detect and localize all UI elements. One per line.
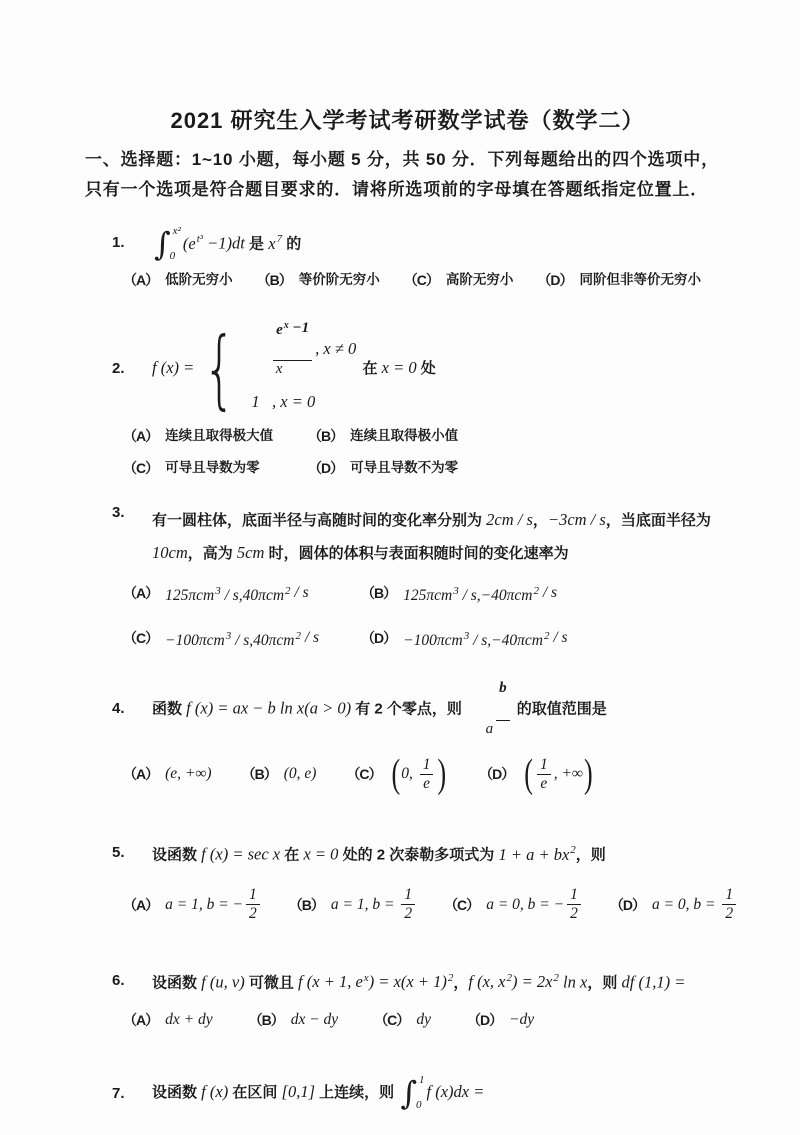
right-paren-icon: ) <box>583 754 594 794</box>
text-run: 有一圆柱体，底面半径与高随时间的变化率分别为 <box>152 512 486 529</box>
integral-limits: x²0 <box>173 226 181 262</box>
math-run: , x ≠ 0 <box>315 333 356 365</box>
text-run: 在 <box>280 847 303 864</box>
math-run: / s <box>539 580 557 606</box>
option-b: （B）(0, e) <box>242 764 317 784</box>
question-2-stem: f (x) = {ex −1x, x ≠ 0 1 , x = 0 在 x = 0… <box>152 320 730 417</box>
text-run: 设函数 <box>152 974 201 991</box>
math-run: a <box>486 721 494 738</box>
question-3-stem: 有一圆柱体，底面半径与高随时间的变化率分别为 2cm / s，−3cm / s，… <box>152 504 730 570</box>
option-a: （A）a = 1, b = −12 <box>123 886 263 923</box>
math-run: f (x)dx = <box>427 1082 485 1101</box>
fraction-numerator: ex −1 <box>273 320 312 361</box>
math-run: ln x <box>559 972 587 991</box>
fraction-denominator: a <box>483 721 497 738</box>
fraction: 1e <box>420 756 434 793</box>
stem-line-2: 10cm，高为 5cm 时，圆体的体积与表面积随时间的变化速率为 <box>152 537 730 570</box>
text-run: 高阶无穷小 <box>446 268 514 292</box>
math-run: 1 <box>725 886 733 904</box>
math-run: −1 <box>289 320 309 360</box>
option-content: a = 0, b = −12 <box>486 886 584 923</box>
math-run: −3cm / s <box>548 510 606 529</box>
math-run: / s,−40πcm2 <box>459 578 539 609</box>
option-label: （D） <box>537 268 572 292</box>
math-run: f (x) = <box>152 358 198 377</box>
text-run: ，则 <box>587 974 621 991</box>
option-content: 低阶无穷小 <box>165 268 233 292</box>
option-c: （C）dy <box>374 1007 431 1033</box>
math-run: ) = 2x2 <box>512 972 559 991</box>
math-run: / s <box>549 625 567 651</box>
option-content: dx + dy <box>165 1007 212 1033</box>
option-a: （A）125πcm3 / s,40πcm2 / s <box>123 578 361 609</box>
text-run: 函数 <box>152 700 186 717</box>
fraction: ex −1x <box>246 320 312 378</box>
text-run: 在 <box>358 360 381 377</box>
math-run: 2 <box>404 905 412 923</box>
option-content: 可导且导数为零 <box>165 454 260 482</box>
option-content: 同阶但非等价无穷小 <box>580 268 702 292</box>
fraction-denominator: 2 <box>567 905 581 923</box>
text-run: 连续且取得极大值 <box>165 422 273 450</box>
option-content: (1e, +∞) <box>521 756 595 793</box>
options-row-1: （A）125πcm3 / s,40πcm2 / s （B）125πcm3 / s… <box>123 578 730 609</box>
math-run: [0,1] <box>282 1082 315 1101</box>
question-1-options: （A）低阶无穷小 （B）等价阶无穷小 （C）高阶无穷小 （D）同阶但非等价无穷小 <box>85 268 730 292</box>
option-a: （A）(e, +∞) <box>123 764 212 784</box>
option-c: （C）(0, 1e) <box>346 756 449 793</box>
cases-rows: ex −1x, x ≠ 0 1 , x = 0 <box>243 320 356 417</box>
option-label: （C） <box>123 625 158 651</box>
math-run: ) = x(x + 1)2 <box>369 972 454 991</box>
text-run: 低阶无穷小 <box>165 268 233 292</box>
text-run: ， <box>533 512 548 529</box>
integral-sign-icon: ∫ <box>400 1077 417 1109</box>
math-run: (et³ <box>183 234 203 253</box>
option-content: 125πcm3 / s,40πcm2 / s <box>165 578 309 609</box>
math-run: 125πcm3 <box>165 578 221 609</box>
option-label: （B） <box>308 422 343 450</box>
text-run: 是 <box>245 236 268 253</box>
paren-content: 0, 1e <box>401 756 436 793</box>
fraction-denominator: x <box>273 361 286 378</box>
option-label: （B） <box>289 895 324 915</box>
option-content: a = 0, b = 12 <box>652 886 739 923</box>
text-run: 有 2 个零点，则 <box>351 700 466 717</box>
text-run: 等价阶无穷小 <box>299 268 380 292</box>
math-run: a = 1, b = <box>331 896 398 914</box>
math-run: 10cm <box>152 543 188 562</box>
option-a: （A）低阶无穷小 <box>123 268 233 292</box>
question-1-stem: ∫x²0(et³ −1)dt 是 x7 的 <box>152 223 730 262</box>
math-run: f (x) = ax − b ln x(a > 0) <box>186 698 351 717</box>
option-content: a = 1, b = 12 <box>331 886 418 923</box>
options-row-1: （A）连续且取得极大值 （B）连续且取得极小值 <box>123 422 730 450</box>
options-row-2: （C）可导且导数为零 （D）可导且导数不为零 <box>123 454 730 482</box>
text-run: 时，圆体的体积与表面积随时间的变化速率为 <box>264 545 568 562</box>
math-run: (0, e) <box>284 765 317 783</box>
math-run: x7 <box>268 234 282 253</box>
math-run: / s,40πcm2 <box>221 578 291 609</box>
math-run: f (x + 1, ex <box>298 972 369 991</box>
option-label: （A） <box>123 764 158 784</box>
math-run: a = 1, b = − <box>165 896 243 914</box>
option-b: （B）125πcm3 / s,−40πcm2 / s <box>361 578 557 609</box>
option-content: −100πcm3 / s,−40πcm2 / s <box>403 623 567 654</box>
option-label: （C） <box>123 454 158 482</box>
question-7-stem: 设函数 f (x) 在区间 [0,1] 上连续，则 ∫10f (x)dx = <box>152 1075 730 1111</box>
fraction-numerator: 1 <box>401 886 415 905</box>
option-content: 连续且取得极小值 <box>350 422 458 450</box>
question-5-options: （A）a = 1, b = −12 （B）a = 1, b = 12 （C）a … <box>85 882 730 928</box>
math-run: dx + dy <box>165 1007 212 1033</box>
math-run: 2 <box>570 905 578 923</box>
question-4: 4. 函数 f (x) = ax − b ln x(a > 0) 有 2 个零点… <box>85 680 730 738</box>
section-instructions: 一、选择题：1~10 小题，每小题 5 分，共 50 分．下列每题给出的四个选项… <box>85 145 730 205</box>
option-label: （A） <box>123 895 158 915</box>
option-b: （B）等价阶无穷小 <box>257 268 380 292</box>
math-run: / s <box>291 580 309 606</box>
option-b: （B）a = 1, b = 12 <box>289 886 418 923</box>
text-run: ，高为 <box>188 545 237 562</box>
instructions-line-2: 只有一个选项是符合题目要求的．请将所选项前的字母填在答题纸指定位置上． <box>85 175 730 205</box>
option-d: （D）−100πcm3 / s,−40πcm2 / s <box>361 623 568 654</box>
math-run: 1 <box>423 756 431 774</box>
option-label: （C） <box>404 268 439 292</box>
math-run: / s,−40πcm2 <box>469 623 549 654</box>
math-run: 2 <box>725 905 733 923</box>
question-5: 5. 设函数 f (x) = sec x 在 x = 0 处的 2 次泰勒多项式… <box>85 834 730 872</box>
question-6: 6. 设函数 f (u, v) 可微且 f (x + 1, ex) = x(x … <box>85 962 730 1000</box>
math-run: 1 <box>570 886 578 904</box>
fraction-numerator: 1 <box>722 886 736 905</box>
text-run: 可导且导数为零 <box>165 454 260 482</box>
option-label: （C） <box>374 1007 409 1033</box>
option-label: （B） <box>249 1007 284 1033</box>
option-content: 125πcm3 / s,−40πcm2 / s <box>403 578 557 609</box>
fraction-numerator: 1 <box>567 886 581 905</box>
question-7-number: 7. <box>112 1085 152 1102</box>
question-4-number: 4. <box>112 700 152 717</box>
math-run: ex <box>276 320 289 360</box>
math-run: , +∞ <box>554 765 583 783</box>
integral-upper-limit: x² <box>173 226 181 237</box>
option-label: （A） <box>123 268 158 292</box>
big-paren-group: (1e, +∞) <box>523 756 593 793</box>
text-run: 在区间 <box>228 1084 281 1101</box>
math-run: dy <box>416 1007 431 1033</box>
math-run: x = 0 <box>382 358 417 377</box>
math-run: a = 0, b = <box>652 896 719 914</box>
fraction: 12 <box>246 886 260 923</box>
math-run: 1 + a + bx2 <box>498 845 575 864</box>
text-run: 的取值范围是 <box>513 700 607 717</box>
option-label: （A） <box>123 422 158 450</box>
math-run: 125πcm3 <box>403 578 459 609</box>
question-2: 2. f (x) = {ex −1x, x ≠ 0 1 , x = 0 在 x … <box>85 320 730 417</box>
question-2-options: （A）连续且取得极大值 （B）连续且取得极小值 （C）可导且导数为零 （D）可导… <box>85 422 730 482</box>
integral-upper-limit: 1 <box>419 1075 425 1086</box>
fraction-numerator: 1 <box>420 756 434 775</box>
right-paren-icon: ) <box>436 754 447 794</box>
question-3-options: （A）125πcm3 / s,40πcm2 / s （B）125πcm3 / s… <box>85 578 730 654</box>
fraction: ba <box>469 680 510 738</box>
option-label: （B） <box>361 580 396 606</box>
option-label: （A） <box>123 1007 158 1033</box>
math-run: f (x) = sec x <box>201 845 280 864</box>
math-run: −1)dt <box>203 234 245 253</box>
question-1: 1. ∫x²0(et³ −1)dt 是 x7 的 <box>85 223 730 262</box>
option-label: （D） <box>610 895 645 915</box>
option-content: 可导且导数不为零 <box>350 454 458 482</box>
text-run: 可导且导数不为零 <box>350 454 458 482</box>
math-run: 1 <box>540 756 548 774</box>
option-content: 高阶无穷小 <box>446 268 514 292</box>
option-d: （D）(1e, +∞) <box>479 756 595 793</box>
text-run: ，则 <box>576 847 606 864</box>
math-run: f (x) <box>201 1082 228 1101</box>
option-a: （A）dx + dy <box>123 1007 213 1033</box>
math-run: / s,40πcm2 <box>231 623 301 654</box>
text-run: 上连续，则 <box>315 1084 398 1101</box>
option-label: （C） <box>444 895 479 915</box>
text-run: 可微且 <box>245 974 298 991</box>
option-label: （B） <box>257 268 292 292</box>
fraction-numerator: 1 <box>537 756 551 775</box>
fraction: 1e <box>537 756 551 793</box>
math-run: x = 0 <box>303 845 338 864</box>
option-c: （C）可导且导数为零 <box>123 454 308 482</box>
option-content: (e, +∞) <box>165 765 211 783</box>
fraction-denominator: e <box>537 775 550 793</box>
text-run: 处 <box>417 360 436 377</box>
option-content: 等价阶无穷小 <box>299 268 380 292</box>
option-content: dy <box>416 1007 431 1033</box>
math-run: e <box>540 775 547 793</box>
option-label: （D） <box>467 1007 502 1033</box>
option-b: （B）连续且取得极小值 <box>308 422 458 450</box>
option-content: 连续且取得极大值 <box>165 422 273 450</box>
fraction-numerator: b <box>496 680 510 721</box>
page-content: 2021 研究生入学考试考研数学试卷（数学二） 一、选择题：1~10 小题，每小… <box>0 104 800 1111</box>
cases-row: 1 , x = 0 <box>243 386 356 418</box>
option-label: （B） <box>242 764 277 784</box>
option-d: （D）a = 0, b = 12 <box>610 886 739 923</box>
option-c: （C）高阶无穷小 <box>404 268 514 292</box>
option-content: (0, e) <box>284 765 317 783</box>
fraction-denominator: 2 <box>246 905 260 923</box>
math-run: 1 <box>404 886 412 904</box>
math-run: a = 0, b = − <box>486 896 564 914</box>
exam-title: 2021 研究生入学考试考研数学试卷（数学二） <box>85 104 730 135</box>
math-run: f (u, v) <box>201 972 245 991</box>
question-6-options: （A）dx + dy （B）dx − dy （C）dy （D）−dy <box>85 1007 730 1033</box>
instructions-line-1: 一、选择题：1~10 小题，每小题 5 分，共 50 分．下列每题给出的四个选项… <box>85 145 730 175</box>
question-4-options: （A）(e, +∞) （B）(0, e) （C）(0, 1e) （D）(1e, … <box>85 750 730 798</box>
integral: ∫x²0 <box>154 226 181 262</box>
fraction: 12 <box>401 886 415 923</box>
math-run: / s <box>301 625 319 651</box>
question-7: 7. 设函数 f (x) 在区间 [0,1] 上连续，则 ∫10f (x)dx … <box>85 1075 730 1111</box>
text-run: 设函数 <box>152 847 201 864</box>
math-run: x <box>276 361 283 378</box>
fraction: 12 <box>722 886 736 923</box>
math-run: −100πcm3 <box>403 623 469 654</box>
exam-paper-page: 2021 研究生入学考试考研数学试卷（数学二） 一、选择题：1~10 小题，每小… <box>0 0 800 1135</box>
cases-row: ex −1x, x ≠ 0 <box>243 320 356 378</box>
option-a: （A）连续且取得极大值 <box>123 422 308 450</box>
option-c: （C）a = 0, b = −12 <box>444 886 584 923</box>
math-run: df (1,1) = <box>622 972 686 991</box>
question-4-stem: 函数 f (x) = ax − b ln x(a > 0) 有 2 个零点，则 … <box>152 680 730 738</box>
integral-sign-icon: ∫ <box>154 228 171 260</box>
math-run: 1 <box>249 886 257 904</box>
question-3-number: 3. <box>112 504 152 521</box>
math-run: −100πcm3 <box>165 623 231 654</box>
option-label: （C） <box>346 764 381 784</box>
option-c: （C）−100πcm3 / s,40πcm2 / s <box>123 623 361 654</box>
option-d: （D）同阶但非等价无穷小 <box>537 268 701 292</box>
question-5-stem: 设函数 f (x) = sec x 在 x = 0 处的 2 次泰勒多项式为 1… <box>152 834 730 872</box>
stem-line-1: 有一圆柱体，底面半径与高随时间的变化率分别为 2cm / s，−3cm / s，… <box>152 504 730 537</box>
math-run: b <box>499 680 507 720</box>
option-b: （B）dx − dy <box>249 1007 339 1033</box>
math-run: e <box>423 775 430 793</box>
question-6-number: 6. <box>112 972 152 989</box>
fraction-denominator: 2 <box>722 905 736 923</box>
option-label: （A） <box>123 580 158 606</box>
integral-limits: 10 <box>419 1075 425 1111</box>
text-run: 处的 2 次泰勒多项式为 <box>338 847 498 864</box>
option-content: −dy <box>509 1007 534 1033</box>
option-label: （D） <box>361 625 396 651</box>
option-content: a = 1, b = −12 <box>165 886 263 923</box>
option-label: （D） <box>308 454 343 482</box>
fraction-denominator: e <box>420 775 433 793</box>
text-run: ， <box>453 974 468 991</box>
math-run: −dy <box>509 1007 534 1033</box>
text-run: 设函数 <box>152 1084 201 1101</box>
text-run: 同阶但非等价无穷小 <box>580 268 702 292</box>
math-run: f (x, x2 <box>468 972 512 991</box>
math-run: (e, +∞) <box>165 765 211 783</box>
options-row-2: （C）−100πcm3 / s,40πcm2 / s （D）−100πcm3 /… <box>123 623 730 654</box>
question-5-number: 5. <box>112 844 152 861</box>
question-6-stem: 设函数 f (u, v) 可微且 f (x + 1, ex) = x(x + 1… <box>152 962 730 1000</box>
integral-lower-limit: 0 <box>416 1100 422 1111</box>
option-d: （D）可导且导数不为零 <box>308 454 458 482</box>
integral: ∫10 <box>400 1075 424 1111</box>
math-run: 0, <box>401 765 417 783</box>
question-1-number: 1. <box>112 234 152 251</box>
text-run: 的 <box>282 236 301 253</box>
option-label: （D） <box>479 764 514 784</box>
question-3: 3. 有一圆柱体，底面半径与高随时间的变化率分别为 2cm / s，−3cm /… <box>85 504 730 570</box>
fraction: 12 <box>567 886 581 923</box>
math-run: 2cm / s <box>486 510 533 529</box>
piecewise-cases: {ex −1x, x ≠ 0 1 , x = 0 <box>200 320 356 417</box>
question-2-number: 2. <box>112 360 152 377</box>
math-run: 2 <box>249 905 257 923</box>
fraction-numerator: 1 <box>246 886 260 905</box>
math-run: 1 , x = 0 <box>243 386 315 418</box>
fraction-denominator: 2 <box>401 905 415 923</box>
integral-lower-limit: 0 <box>170 251 176 262</box>
option-content: (0, 1e) <box>389 756 450 793</box>
option-content: dx − dy <box>291 1007 338 1033</box>
option-content: −100πcm3 / s,40πcm2 / s <box>165 623 319 654</box>
big-paren-group: (0, 1e) <box>391 756 448 793</box>
text-run: 连续且取得极小值 <box>350 422 458 450</box>
paren-content: 1e, +∞ <box>534 756 583 793</box>
option-d: （D）−dy <box>467 1007 534 1033</box>
math-run: 5cm <box>237 543 265 562</box>
math-run: dx − dy <box>291 1007 338 1033</box>
left-paren-icon: ( <box>523 754 534 794</box>
left-paren-icon: ( <box>391 754 402 794</box>
text-run: ，当底面半径为 <box>606 512 711 529</box>
